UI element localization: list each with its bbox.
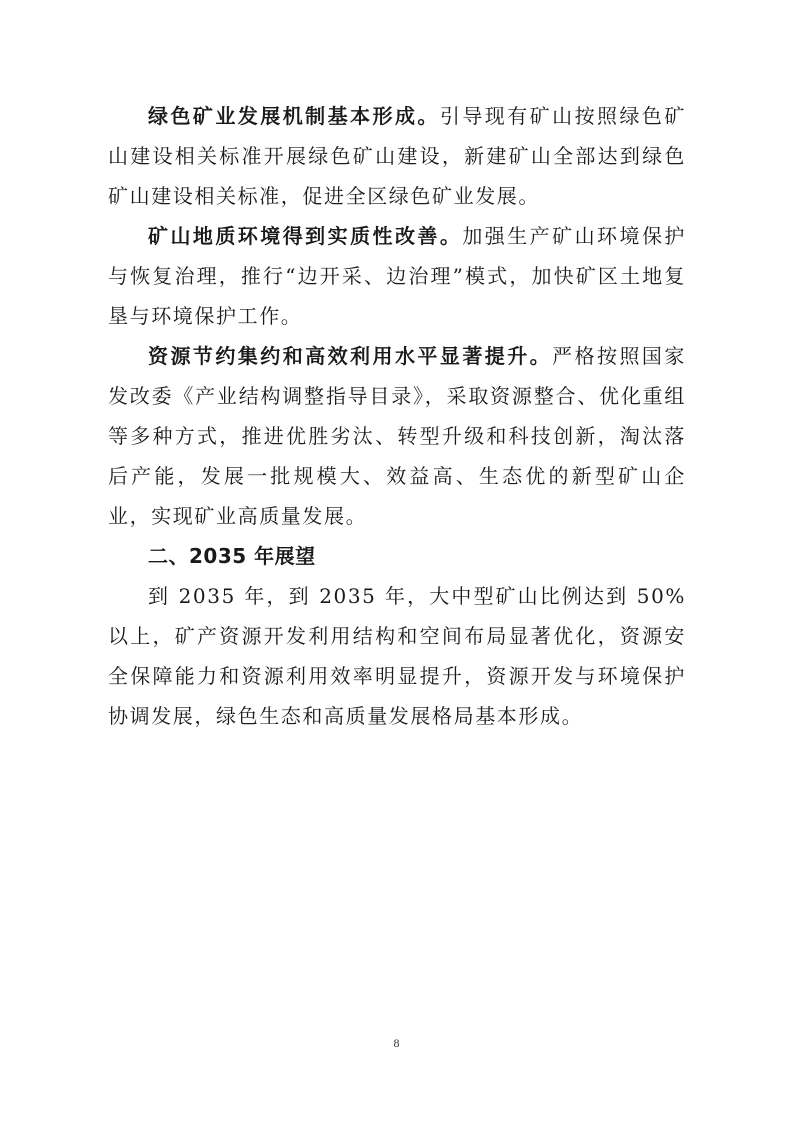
document-body: 绿色矿业发展机制基本形成。引导现有矿山按照绿色矿山建设相关标准开展绿色矿山建设，… xyxy=(108,96,686,736)
paragraph-lead: 绿色矿业发展机制基本形成。 xyxy=(148,104,440,128)
paragraph-resource-efficiency: 资源节约集约和高效利用水平显著提升。严格按照国家发改委《产业结构调整指导目录》，… xyxy=(108,336,686,536)
page-number: 8 xyxy=(0,1036,793,1051)
paragraph-lead: 矿山地质环境得到实质性改善。 xyxy=(148,224,462,248)
section-heading: 二、2035 年展望 xyxy=(108,536,686,576)
paragraph-text: 严格按照国家发改委《产业结构调整指导目录》，采取资源整合、优化重组等多种方式，推… xyxy=(108,344,686,528)
paragraph-2035-outlook: 到 2035 年，到 2035 年，大中型矿山比例达到 50%以上，矿产资源开发… xyxy=(108,576,686,736)
paragraph-geo-environment: 矿山地质环境得到实质性改善。加强生产矿山环境保护与恢复治理，推行“边开采、边治理… xyxy=(108,216,686,336)
paragraph-green-mining: 绿色矿业发展机制基本形成。引导现有矿山按照绿色矿山建设相关标准开展绿色矿山建设，… xyxy=(108,96,686,216)
paragraph-lead: 资源节约集约和高效利用水平显著提升。 xyxy=(148,344,552,368)
